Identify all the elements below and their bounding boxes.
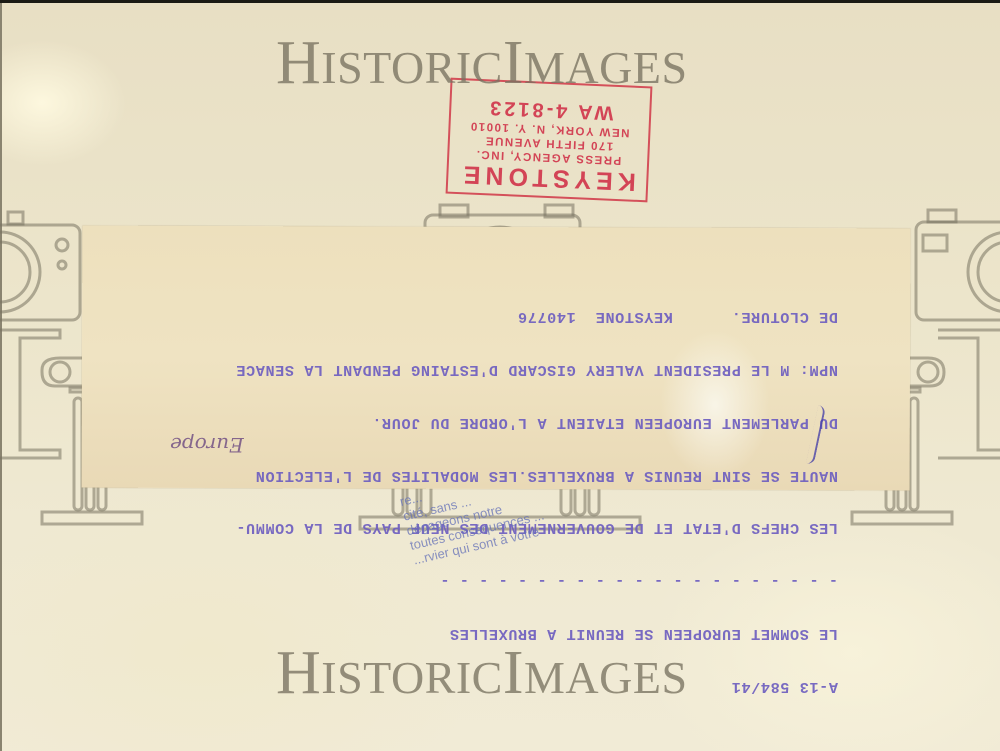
caption-line: NPM: M LE PRESIDENT VALERY GISCARD D'EST… — [118, 360, 838, 378]
handwritten-note: Europe — [170, 433, 244, 457]
caption-line: DU PARLEMENT EUROPEEN ETAIENT A L'ORDRE … — [118, 413, 838, 431]
watermark-bottom: HISTORICIMAGES — [276, 638, 688, 709]
caption-line: DE CLOTURE. KEYSTONE 140776 — [118, 308, 838, 326]
caption-line: - - - - - - - - - - - - - - - - - - - - … — [118, 572, 838, 590]
watermark-top: HISTORICIMAGES — [276, 28, 688, 99]
